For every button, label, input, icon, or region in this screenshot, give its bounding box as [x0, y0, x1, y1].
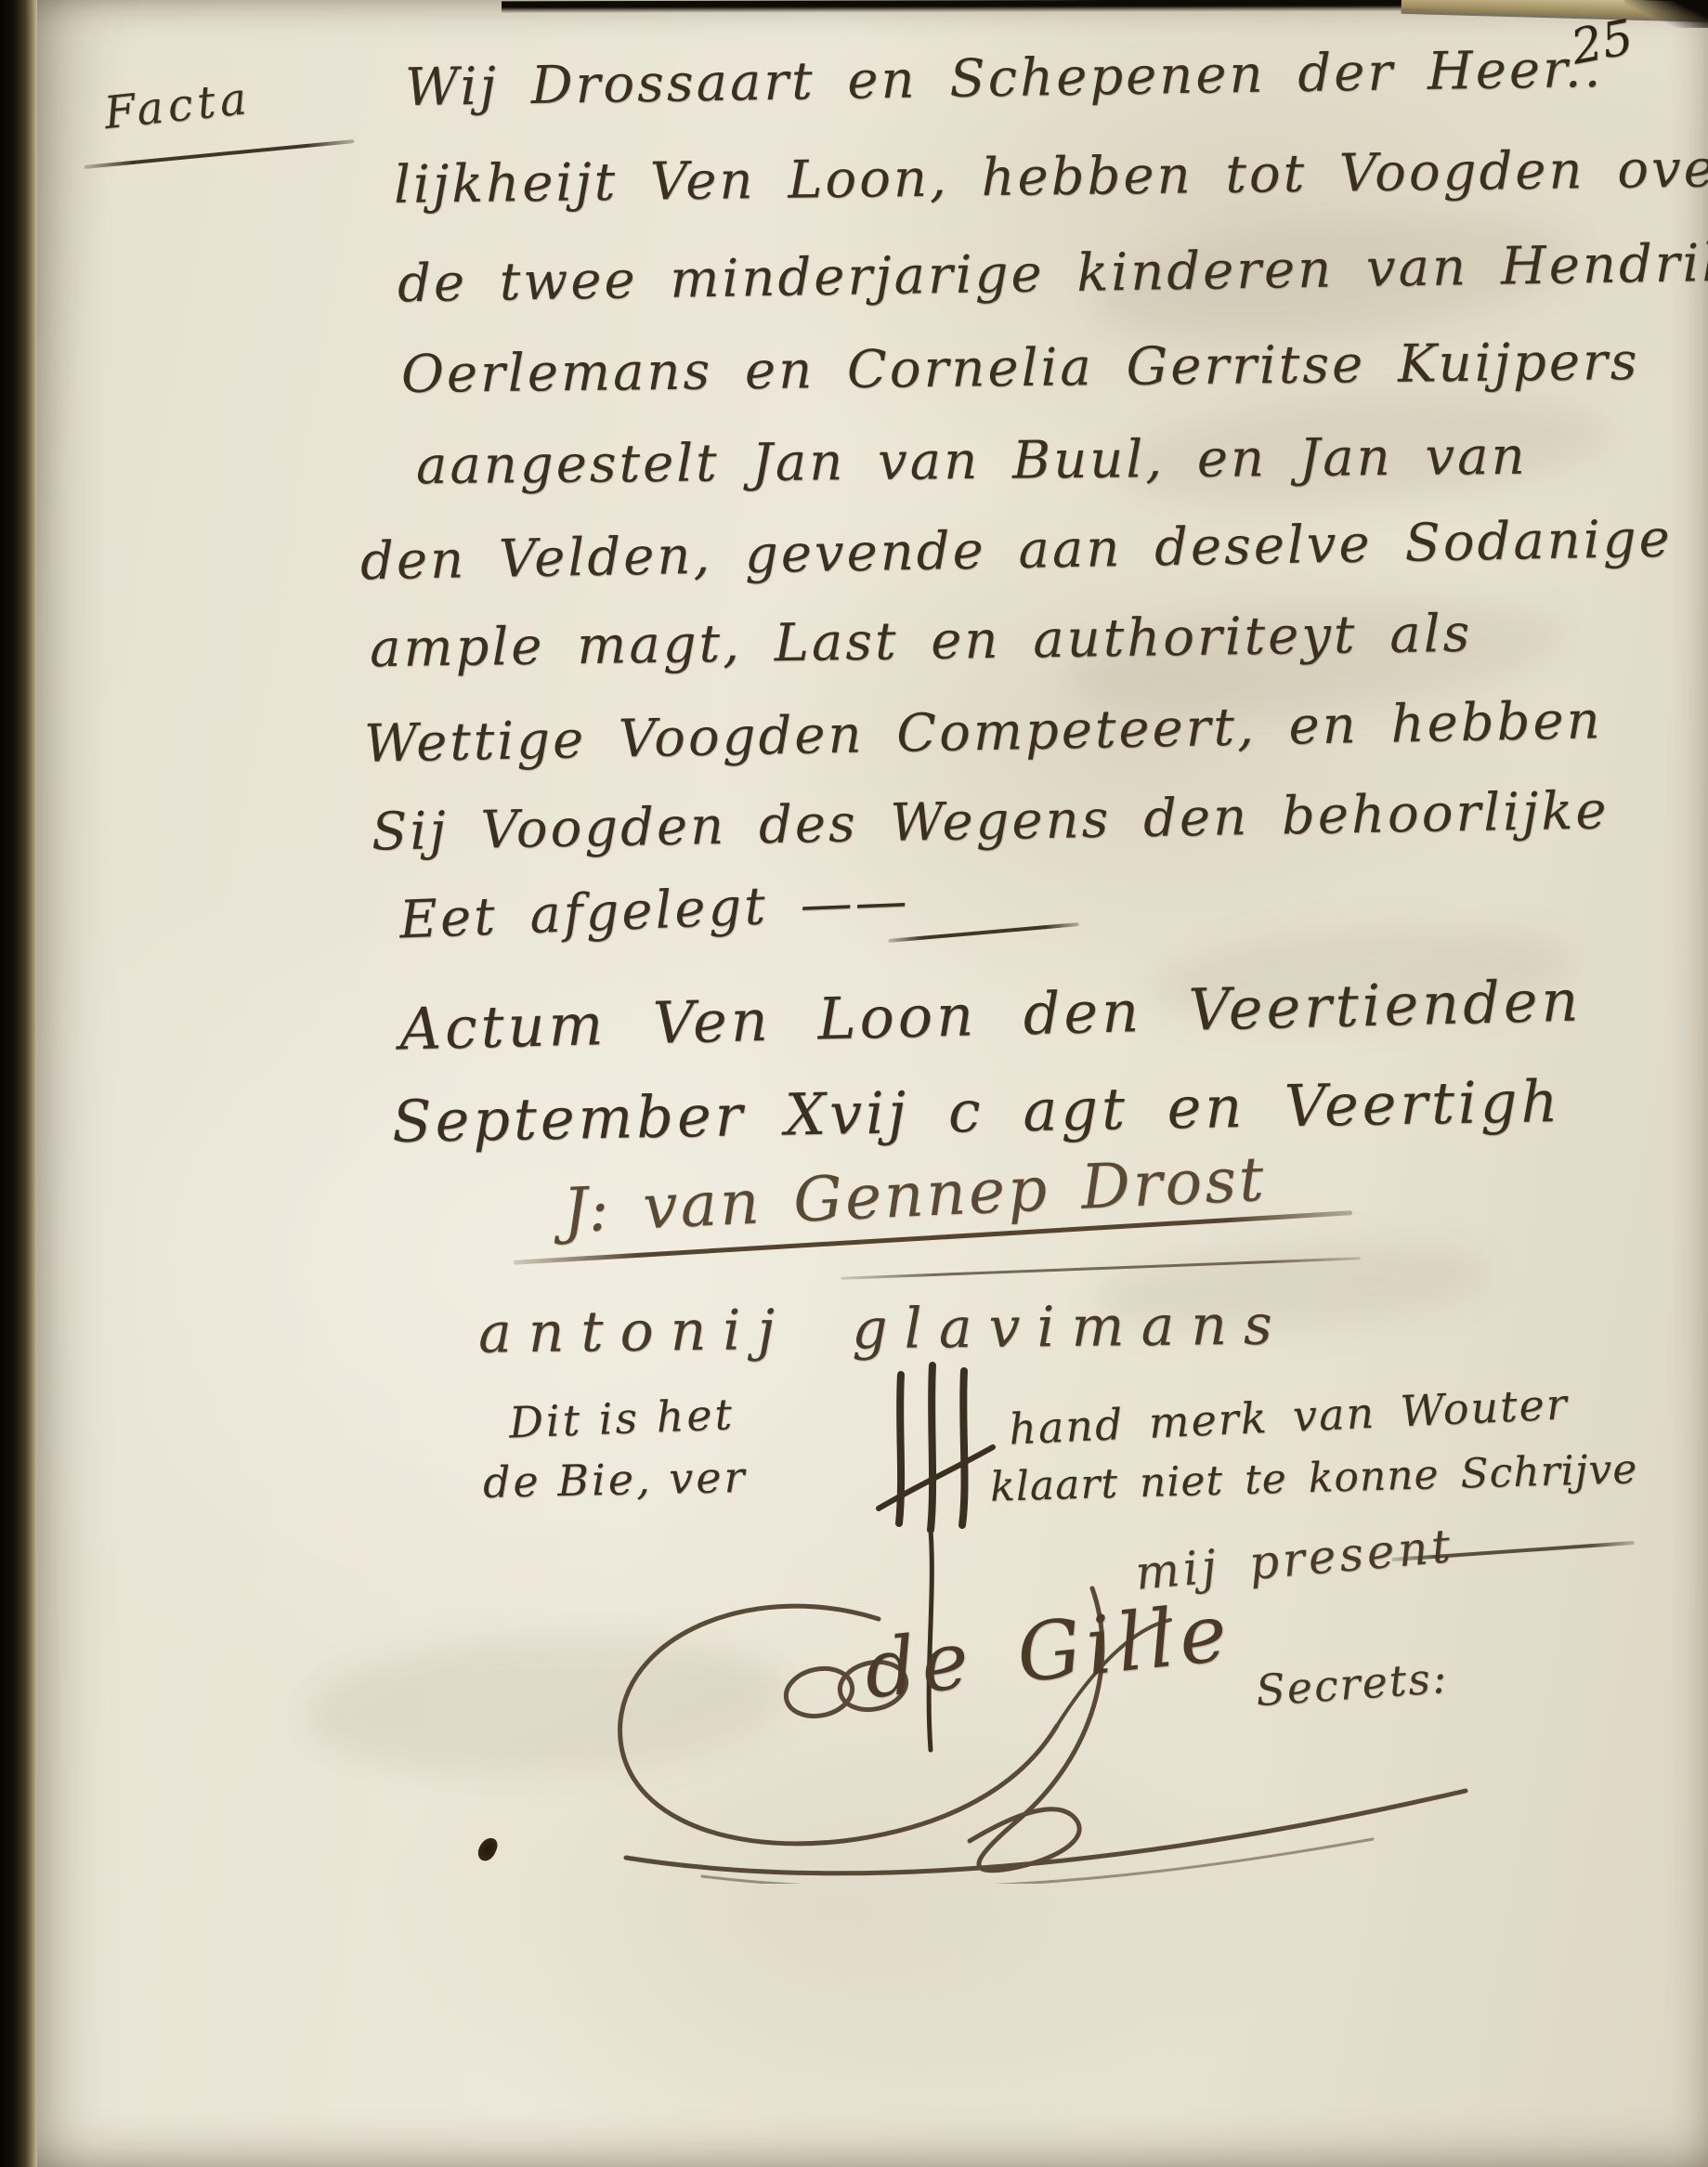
- signature-glavimans: antonij glavimans: [478, 1292, 1289, 1365]
- book-binding-edge: [0, 0, 37, 2167]
- scanned-book-page: Facta 25 Wij Drossaart en Schepenen der …: [0, 0, 1708, 2167]
- page-corner-shadow: [1624, 0, 1708, 28]
- handmark-caption-left-1: Dit is het: [508, 1389, 736, 1447]
- manuscript-line: aangestelt Jan van Buul, en Jan van: [416, 426, 1528, 496]
- handmark-caption-left-2: de Bie, ver: [482, 1452, 748, 1508]
